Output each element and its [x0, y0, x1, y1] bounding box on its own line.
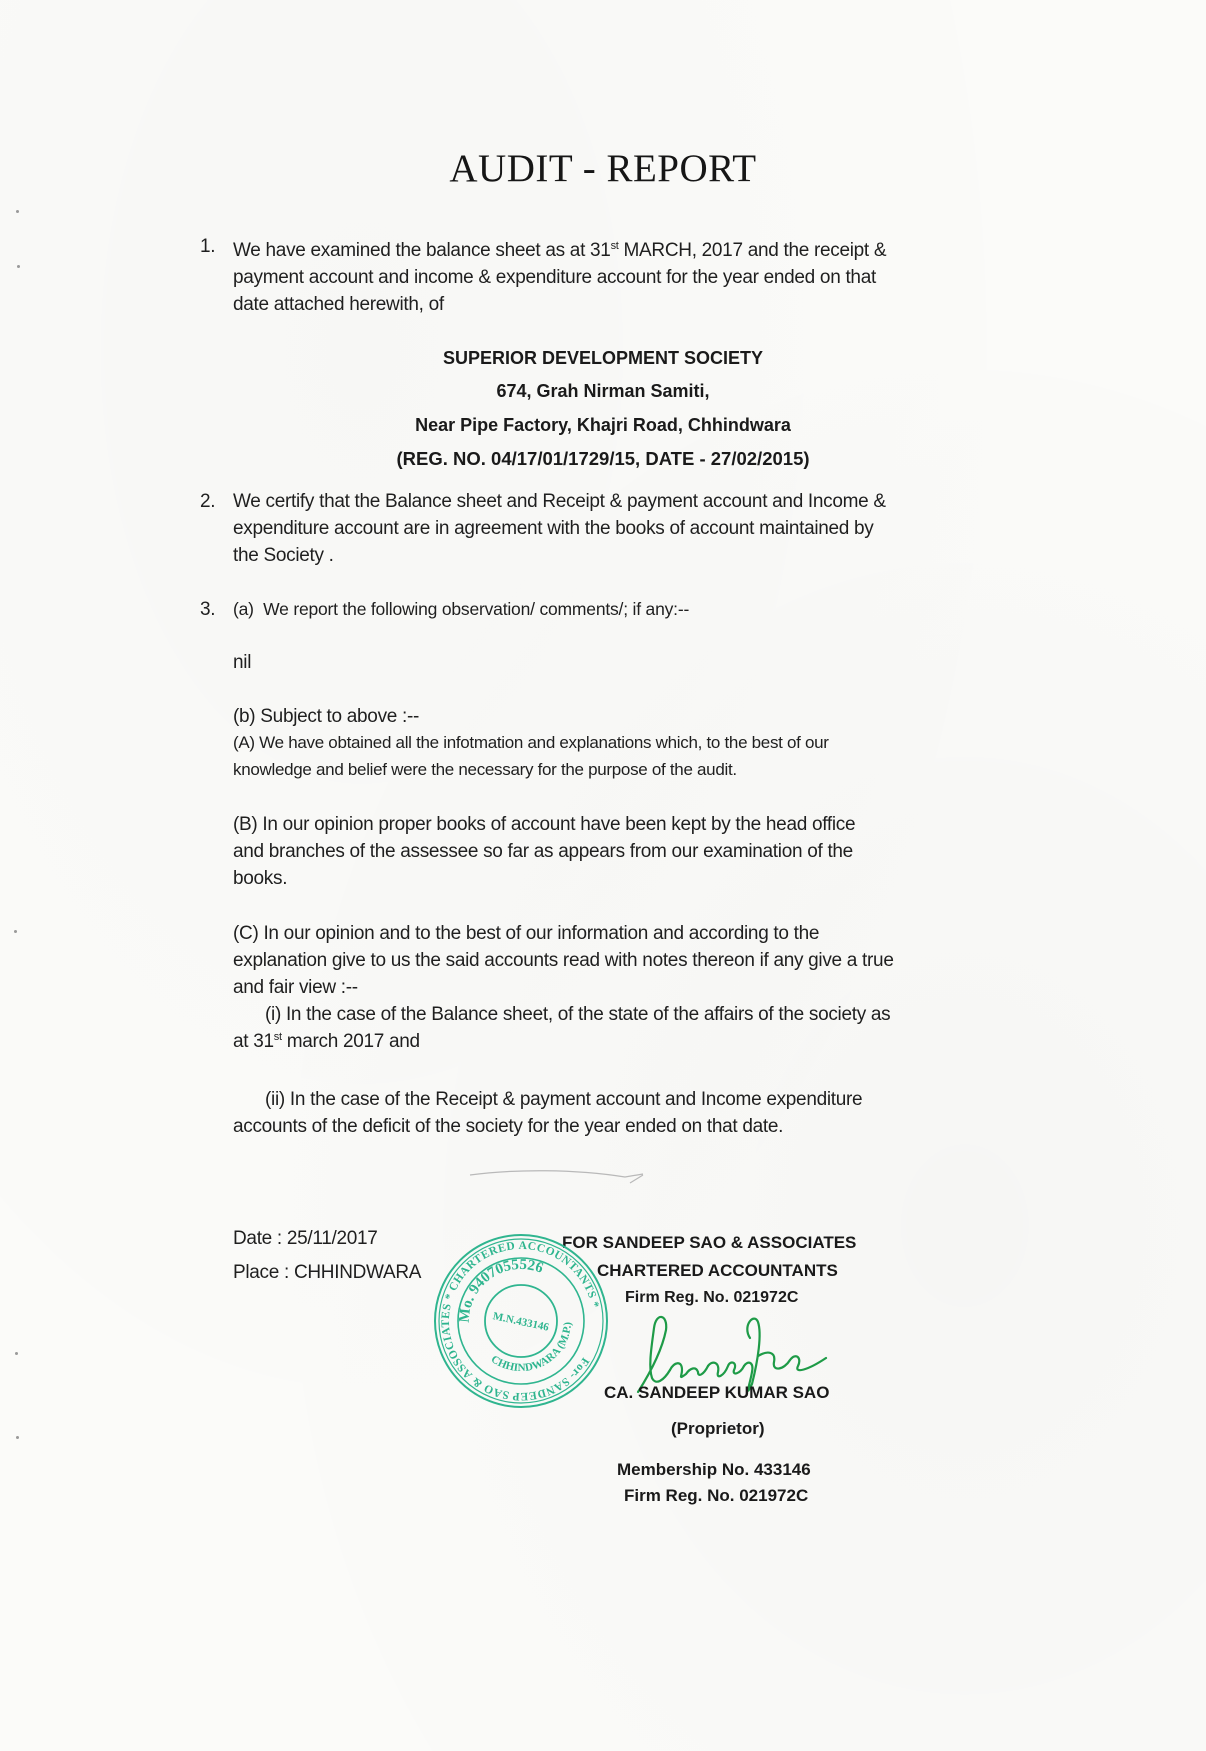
svg-text:M.N.433146: M.N.433146: [492, 1310, 551, 1334]
item-3b-A-line-1: (A) We have obtained all the infotmation…: [233, 729, 953, 756]
pencil-mark: [455, 1165, 655, 1195]
item-1-line-2: payment account and income & expenditure…: [233, 264, 953, 291]
item-3b-C-line-1: (C) In our opinion and to the best of ou…: [233, 920, 973, 947]
item-3b-heading: (b) Subject to above :--: [233, 703, 419, 730]
firm-reg-number-bottom: Firm Reg. No. 021972C: [624, 1486, 808, 1506]
society-registration: (REG. NO. 04/17/01/1729/15, DATE - 27/02…: [0, 446, 1206, 480]
society-name: SUPERIOR DEVELOPMENT SOCIETY: [0, 345, 1206, 378]
item-3a: (a) We report the following observation/…: [233, 596, 689, 623]
date-place-block: Date : 25/11/2017 Place : CHHINDWARA: [233, 1222, 421, 1290]
scan-speck: [16, 210, 19, 213]
membership-number: Membership No. 433146: [617, 1460, 811, 1480]
item-3a-label: (a): [233, 599, 254, 619]
society-block: SUPERIOR DEVELOPMENT SOCIETY 674, Grah N…: [0, 345, 1206, 480]
item-3-number: 3.: [200, 596, 215, 623]
report-place: Place : CHHINDWARA: [233, 1256, 421, 1290]
item-2-line-1: We certify that the Balance sheet and Re…: [233, 488, 953, 515]
item-2-line-3: the Society .: [233, 542, 953, 569]
item-3b-C-ii-line-1: (ii) In the case of the Receipt & paymen…: [233, 1086, 973, 1113]
item-3b-C-ii-line-2: accounts of the deficit of the society f…: [233, 1113, 973, 1140]
item-3b-C-ii: (ii) In the case of the Receipt & paymen…: [233, 1086, 973, 1140]
item-3b-B-line-2: and branches of the assessee so far as a…: [233, 838, 953, 865]
item-3b-B-line-1: (B) In our opinion proper books of accou…: [233, 811, 953, 838]
item-3b-C: (C) In our opinion and to the best of ou…: [233, 920, 973, 1055]
item-3b-C-line-2: explanation give to us the said accounts…: [233, 947, 973, 974]
firm-designation: CHARTERED ACCOUNTANTS: [597, 1261, 838, 1281]
item-3b-A: (A) We have obtained all the infotmation…: [233, 729, 953, 783]
item-3b-C-i-line-2: at 31st march 2017 and: [233, 1028, 973, 1055]
item-3b-B-line-3: books.: [233, 865, 953, 892]
item-3b-C-line-3: and fair view :--: [233, 974, 973, 1001]
signatory-name: CA. SANDEEP KUMAR SAO: [604, 1383, 829, 1403]
observation-value: nil: [233, 649, 251, 676]
scan-speck: [17, 265, 20, 268]
signatory-role: (Proprietor): [671, 1419, 765, 1439]
society-address-2: Near Pipe Factory, Khajri Road, Chhindwa…: [0, 412, 1206, 446]
scan-speck: [15, 1352, 18, 1355]
society-address-1: 674, Grah Nirman Samiti,: [0, 378, 1206, 412]
item-2-paragraph: We certify that the Balance sheet and Re…: [233, 488, 953, 569]
item-1-line-1: We have examined the balance sheet as at…: [233, 237, 953, 264]
item-3b-C-i-line-1: (i) In the case of the Balance sheet, of…: [233, 1001, 973, 1028]
item-3b-A-line-2: knowledge and belief were the necessary …: [233, 756, 953, 783]
report-date: Date : 25/11/2017: [233, 1222, 421, 1256]
item-3a-text: We report the following observation/ com…: [263, 599, 689, 619]
item-1-number: 1.: [200, 233, 215, 260]
item-2-number: 2.: [200, 488, 215, 515]
document-title: AUDIT - REPORT: [0, 146, 1206, 191]
ca-rubber-stamp: For- SANDEEP SAO & ASSOCIATES * CHARTERE…: [432, 1232, 610, 1410]
scan-speck: [14, 930, 17, 933]
item-2-line-2: expenditure account are in agreement wit…: [233, 515, 953, 542]
scan-speck: [16, 1436, 19, 1439]
item-1-paragraph: We have examined the balance sheet as at…: [233, 237, 953, 318]
item-1-line-3: date attached herewith, of: [233, 291, 953, 318]
item-3b-B: (B) In our opinion proper books of accou…: [233, 811, 953, 892]
